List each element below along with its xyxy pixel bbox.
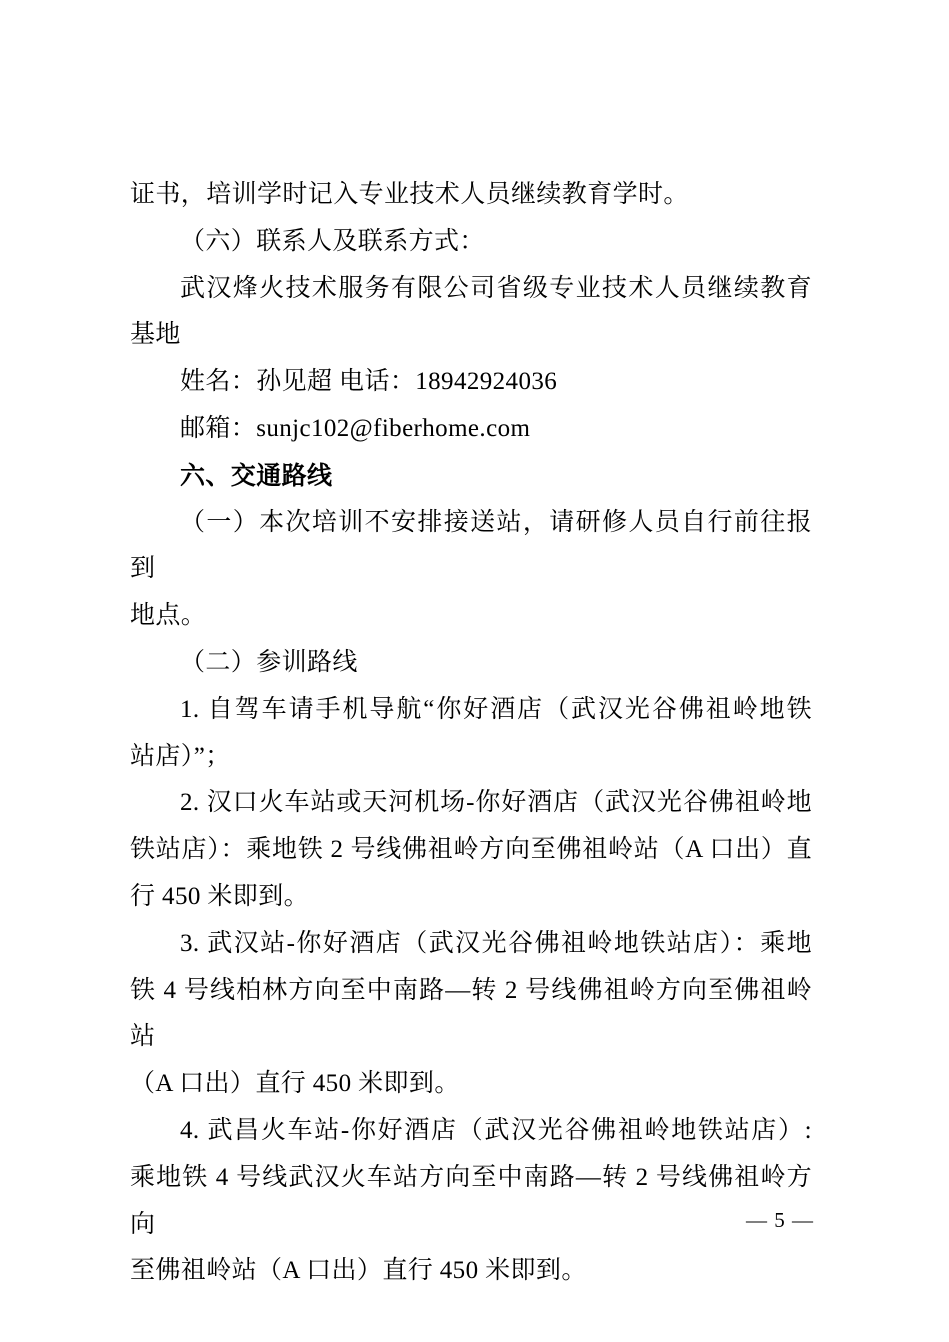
line-cert-hours: 证书，培训学时记入专业技术人员继续教育学时。 [130, 172, 812, 219]
line-route3-1: 3. 武汉站-你好酒店（武汉光谷佛祖岭地铁站店）：乘地 [130, 921, 812, 968]
line-route2-3: 行 450 米即到。 [130, 874, 812, 921]
line-route1-1: 1. 自驾车请手机导航“你好酒店（武汉光谷佛祖岭地铁 [130, 687, 812, 734]
line-name-phone: 姓名：孙见超 电话：18942924036 [130, 359, 812, 406]
line-route4-3: 至佛祖岭站（A 口出）直行 450 米即到。 [130, 1248, 812, 1295]
heading-traffic-routes: 六、交通路线 [130, 453, 812, 500]
line-company-1: 武汉烽火技术服务有限公司省级专业技术人员继续教育 [130, 266, 812, 313]
line-route1-2: 站店）”； [130, 734, 812, 781]
line-contact-heading: （六）联系人及联系方式： [130, 219, 812, 266]
line-company-2: 基地 [130, 312, 812, 359]
line-route2-2: 铁站店）：乘地铁 2 号线佛祖岭方向至佛祖岭站（A 口出）直 [130, 827, 812, 874]
document-page: 证书，培训学时记入专业技术人员继续教育学时。 （六）联系人及联系方式： 武汉烽火… [0, 0, 949, 1342]
line-email: 邮箱：sunjc102@fiberhome.com [130, 406, 812, 453]
line-route-subheading: （二）参训路线 [130, 640, 812, 687]
line-route2-1: 2. 汉口火车站或天河机场-你好酒店（武汉光谷佛祖岭地 [130, 780, 812, 827]
line-no-pickup-2: 地点。 [130, 593, 812, 640]
line-route4-1: 4. 武昌火车站-你好酒店（武汉光谷佛祖岭地铁站店）: [130, 1108, 812, 1155]
line-route3-2: 铁 4 号线柏林方向至中南路—转 2 号线佛祖岭方向至佛祖岭站 [130, 968, 812, 1062]
line-route3-3: （A 口出）直行 450 米即到。 [130, 1061, 812, 1108]
page-number: — 5 — [700, 1205, 860, 1235]
line-no-pickup-1: （一）本次培训不安排接送站，请研修人员自行前往报到 [130, 500, 812, 594]
document-body: 证书，培训学时记入专业技术人员继续教育学时。 （六）联系人及联系方式： 武汉烽火… [130, 172, 812, 1295]
